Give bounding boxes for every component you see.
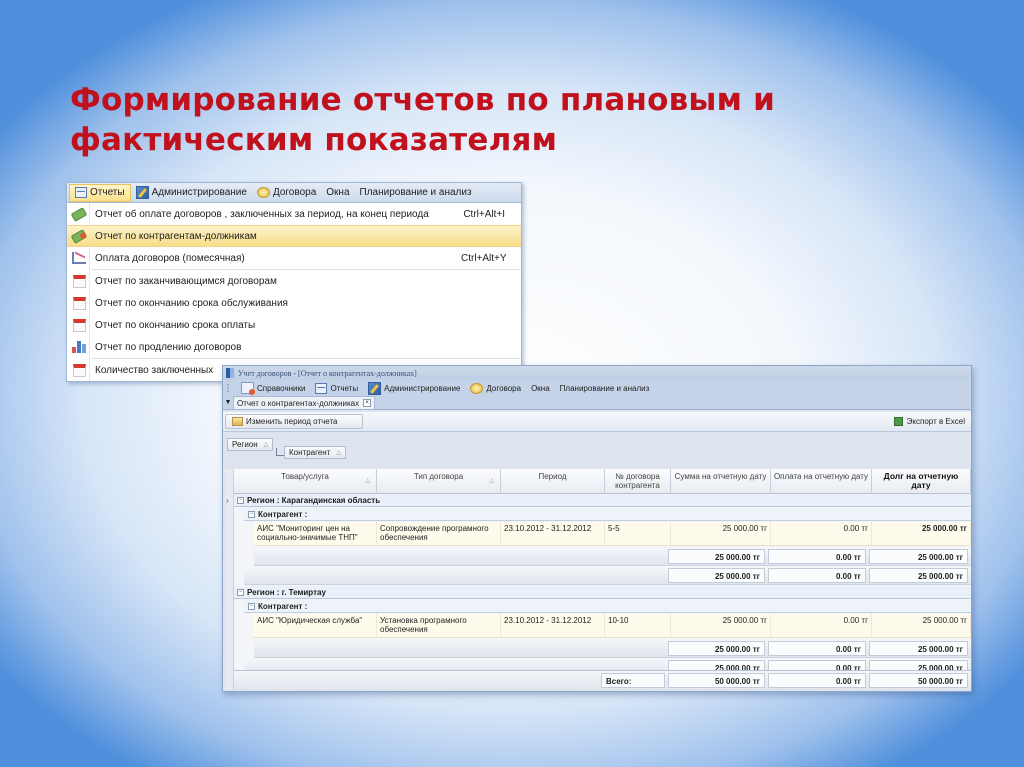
menu-label: Договора [486,384,521,393]
menu-item-extension[interactable]: Отчет по продлению договоров [67,336,521,358]
total-paid: 0.00 тг [768,673,866,688]
subtotal-paid: 0.00 тг [768,568,866,583]
menu-item-label: Оплата договоров (помесячная) [95,253,461,264]
total-debt: 50 000.00 тг [869,673,968,688]
current-row-arrow-icon: › [226,496,229,505]
menu-item-label: Отчет по заканчивающимся договорам [95,276,521,287]
menu-contracts[interactable]: Договора [252,184,321,202]
menu-label: Администрирование [152,187,247,198]
export-excel-button[interactable]: Экспорт в Excel [894,417,965,426]
group-connector [276,448,284,456]
reports-dropdown: Отчет об оплате договоров , заключенных … [67,203,521,381]
col-header-paid[interactable]: Оплата на отчетную дату [771,469,872,494]
group-chip-region[interactable]: Регион △ [227,438,273,451]
cell-number: 10-10 [605,614,671,637]
admin-icon [368,382,381,395]
report-toolbar: Изменить период отчета Экспорт в Excel [223,412,971,432]
group-label: Регион : г. Темиртау [247,588,326,597]
menu-item-label: Отчет по окончанию срока оплаты [95,320,521,331]
menu-label: Отчеты [90,187,125,198]
menu-label: Администрирование [384,384,460,393]
row-indicator-column: › [225,469,234,690]
collapse-icon[interactable]: − [237,497,244,504]
grid-header: Товар/услуга△ Тип договора△ Период № дог… [234,469,971,494]
col-header-contract-type[interactable]: Тип договора△ [377,469,501,494]
sort-asc-icon: △ [264,441,269,448]
app-window: Учет договоров - [Отчет о контрагентах-д… [222,365,972,692]
money-icon [71,206,87,222]
group-row-contractor[interactable]: − Контрагент : [244,508,971,521]
grid-body: − Регион : Карагандинская область − Конт… [234,494,971,690]
subtotal-row-region: 25 000.00 тг 0.00 тг 25 000.00 тг [244,566,971,585]
subtotal-paid: 0.00 тг [768,641,866,656]
cell-debt: 25 000.00 тг [872,614,971,637]
menu-item-label: Отчет об оплате договоров , заключенных … [95,209,461,220]
col-header-debt[interactable]: Долг на отчетную дату [872,469,971,494]
group-row-region[interactable]: − Регион : г. Темиртау [234,586,971,599]
cell-debt: 25 000.00 тг [872,522,971,545]
menu-item-payment-report[interactable]: Отчет об оплате договоров , заключенных … [67,203,521,225]
coins-icon [257,187,270,198]
cell-paid: 0.00 тг [771,522,872,545]
menu-item-service-end[interactable]: Отчет по окончанию срока обслуживания [67,292,521,314]
title-bar: Учет договоров - [Отчет о контрагентах-д… [223,366,971,380]
tab-label: Отчет о контрагентах-должниках [237,399,359,408]
slide-title: Формирование отчетов по плановым и факти… [70,80,830,160]
button-label: Экспорт в Excel [907,417,965,426]
subtotal-sum: 25 000.00 тг [668,549,765,564]
grand-total-row: Всего: 50 000.00 тг 0.00 тг 50 000.00 тг [234,670,971,690]
reports-menu-screenshot: Отчеты Администрирование Договора Окна П… [66,182,522,382]
menu-references[interactable]: Справочники [237,382,309,394]
calendar-icon [71,362,87,378]
subtotal-row-contractor: 25 000.00 тг 0.00 тг 25 000.00 тг [254,639,971,658]
col-header-period[interactable]: Период [501,469,605,494]
money-debt-icon [71,228,87,244]
subtotal-debt: 25 000.00 тг [869,549,968,564]
tab-list-dropdown[interactable]: ▼ [223,396,233,410]
menu-item-label: Отчет по продлению договоров [95,342,521,353]
button-label: Изменить период отчета [246,417,337,426]
cell-paid: 0.00 тг [771,614,872,637]
menubar: Отчеты Администрирование Договора Окна П… [67,183,521,203]
tab-debtors-report[interactable]: Отчет о контрагентах-должниках × [233,396,375,409]
menu-administration[interactable]: Администрирование [364,382,464,395]
menu-reports[interactable]: Отчеты [311,383,362,394]
report-icon [315,383,327,394]
group-chip-contractor[interactable]: Контрагент △ [284,446,346,459]
cell-period: 23.10.2012 - 31.12.2012 [501,522,605,545]
menu-contracts[interactable]: Договора [466,383,525,394]
group-row-contractor[interactable]: − Контрагент : [244,600,971,613]
table-row[interactable]: АИС "Мониторинг цен на социально-значимы… [254,522,971,546]
bar-chart-icon [71,339,87,355]
menu-label: Окна [531,384,550,393]
collapse-icon[interactable]: − [237,589,244,596]
subtotal-debt: 25 000.00 тг [869,568,968,583]
menu-label: Окна [326,187,349,198]
document-tabs: ▼ Отчет о контрагентах-должниках × [223,396,971,410]
report-icon [75,187,87,198]
menu-windows[interactable]: Окна [527,384,554,393]
cell-period: 23.10.2012 - 31.12.2012 [501,614,605,637]
report-grid: › Товар/услуга△ Тип договора△ Период № д… [225,469,971,690]
cell-sum: 25 000.00 тг [671,614,771,637]
subtotal-paid: 0.00 тг [768,549,866,564]
menu-planning[interactable]: Планирование и анализ [355,184,477,202]
menu-item-payment-end[interactable]: Отчет по окончанию срока оплаты [67,314,521,336]
subtotal-debt: 25 000.00 тг [869,641,968,656]
menu-item-label: Отчет по окончанию срока обслуживания [95,298,521,309]
collapse-icon[interactable]: − [248,511,255,518]
menu-item-expiring-contracts[interactable]: Отчет по заканчивающимся договорам [67,270,521,292]
slide-title-line1: Формирование отчетов по плановым и [70,80,830,120]
col-header-product[interactable]: Товар/услуга△ [234,469,377,494]
cell-contract-type: Установка програмного обеспечения [377,614,501,637]
calendar-icon [71,295,87,311]
menu-label: Планирование и анализ [560,384,650,393]
close-icon[interactable]: × [363,399,371,407]
subtotal-sum: 25 000.00 тг [668,641,765,656]
cell-sum: 25 000.00 тг [671,522,771,545]
admin-icon [136,186,149,199]
cell-contract-type: Сопровождение програмного обеспечения [377,522,501,545]
window-title: Учет договоров - [Отчет о контрагентах-д… [238,369,417,378]
subtotal-sum: 25 000.00 тг [668,568,765,583]
calendar-icon [71,273,87,289]
menu-item-debtors-report[interactable]: Отчет по контрагентам-должникам [67,225,521,247]
group-label: Регион : Карагандинская область [247,496,380,505]
menu-item-label: Отчет по контрагентам-должникам [95,231,461,242]
total-sum: 50 000.00 тг [668,673,765,688]
cell-number: 5-5 [605,522,671,545]
cell-product: АИС "Мониторинг цен на социально-значимы… [254,522,377,545]
chip-label: Регион [232,440,258,449]
group-panel: Регион △ Контрагент △ [223,432,971,461]
calendar-icon [71,317,87,333]
menu-administration[interactable]: Администрирование [131,184,252,202]
shortcut: Ctrl+Alt+I [461,209,521,220]
menu-windows[interactable]: Окна [321,184,354,202]
reference-icon [241,382,254,394]
app-logo-icon [226,368,234,378]
total-label: Всего: [601,673,665,688]
calendar-edit-icon [232,417,243,426]
group-label: Контрагент : [258,510,307,519]
group-row-region[interactable]: − Регион : Карагандинская область [234,494,971,507]
cell-product: АИС "Юридическая служба" [254,614,377,637]
menu-planning[interactable]: Планирование и анализ [556,384,654,393]
menu-reports[interactable]: Отчеты [69,184,131,202]
shortcut: Ctrl+Alt+Y [461,253,521,264]
sort-icon: △ [489,477,494,486]
menu-label: Планирование и анализ [360,187,472,198]
chip-label: Контрагент [289,448,330,457]
table-row[interactable]: АИС "Юридическая служба" Установка прогр… [254,614,971,638]
coins-icon [470,383,483,394]
sort-icon: △ [365,477,370,486]
menu-label: Договора [273,187,316,198]
excel-icon [894,417,903,426]
grip-handle [227,384,233,392]
menu-label: Отчеты [330,384,358,393]
menu-item-monthly-payment[interactable]: Оплата договоров (помесячная) Ctrl+Alt+Y [67,247,521,269]
col-header-number[interactable]: № договора контрагента [605,469,671,494]
line-chart-icon [71,250,87,266]
subtotal-row-contractor: 25 000.00 тг 0.00 тг 25 000.00 тг [254,547,971,566]
sort-asc-icon: △ [336,449,341,456]
slide-title-line2: фактическим показателям [70,120,830,160]
collapse-icon[interactable]: − [248,603,255,610]
menu-label: Справочники [257,384,305,393]
app-menubar: Справочники Отчеты Администрирование Дог… [223,380,971,396]
change-period-button[interactable]: Изменить период отчета [225,414,363,429]
col-header-sum[interactable]: Сумма на отчетную дату [671,469,771,494]
group-label: Контрагент : [258,602,307,611]
